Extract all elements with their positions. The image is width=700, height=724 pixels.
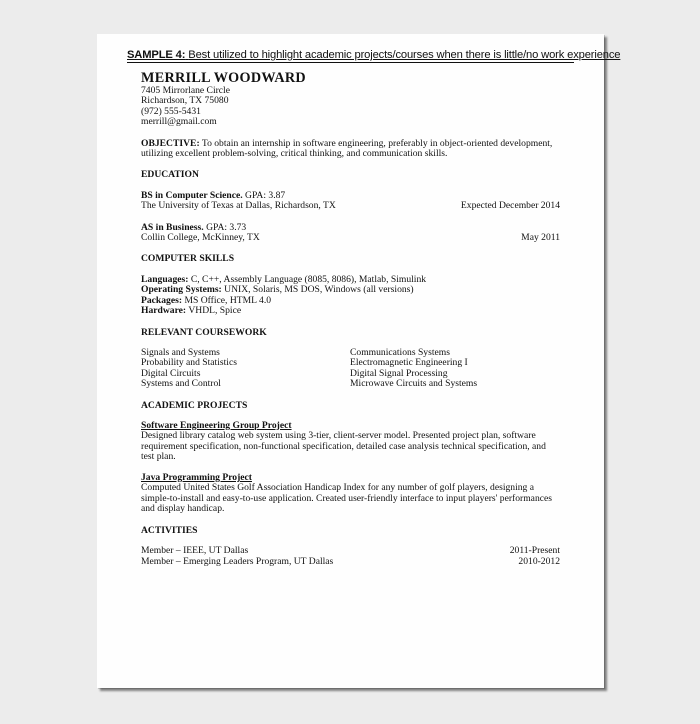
degree: AS in Business. [141,222,204,233]
sample-description: Best utilized to highlight academic proj… [188,49,620,61]
activity-date: 2011-Present [510,546,560,556]
resume-body: MERRILL WOODWARD 7405 Mirrorlane Circle … [141,71,560,567]
activity-date: 2010-2012 [518,557,560,567]
course-item: Systems and Control [141,379,350,389]
education-date: May 2011 [521,233,560,243]
skill-label: Hardware: [141,305,186,316]
skill-hardware: Hardware: VHDL, Spice [141,306,560,316]
skills-list: Languages: C, C++, Assembly Language (80… [141,275,560,317]
education-entry: BS in Computer Science. GPA: 3.87 The Un… [141,191,560,212]
activity-item: Member – IEEE, UT Dallas 2011-Present [141,546,560,556]
project-item: Java Programming Project Computed United… [141,473,560,515]
email: merrill@gmail.com [141,117,560,127]
gpa: GPA: 3.73 [206,222,246,233]
activity-item: Member – Emerging Leaders Program, UT Da… [141,557,560,567]
skill-label: Languages: [141,274,188,285]
skill-value: VHDL, Spice [188,305,241,316]
coursework-list: Signals and Systems Communications Syste… [141,348,560,390]
school: Collin College, McKinney, TX [141,233,260,243]
objective: OBJECTIVE: To obtain an internship in so… [141,139,560,160]
candidate-name: MERRILL WOODWARD [141,71,560,86]
project-item: Software Engineering Group Project Desig… [141,421,560,463]
skill-label: Packages: [141,295,182,306]
objective-text: To obtain an internship in software engi… [141,138,552,159]
resume-page: SAMPLE 4: Best utilized to highlight aca… [97,34,604,688]
project-description: Computed United States Golf Association … [141,483,560,514]
skill-value: C, C++, Assembly Language (8085, 8086), … [191,274,426,285]
contact-block: MERRILL WOODWARD 7405 Mirrorlane Circle … [141,71,560,128]
skill-value: UNIX, Solaris, MS DOS, Windows (all vers… [224,284,413,295]
sample-label: SAMPLE 4: [127,49,185,61]
education-entry: AS in Business. GPA: 3.73 Collin College… [141,223,560,244]
skill-value: MS Office, HTML 4.0 [184,295,271,306]
sample-header: SAMPLE 4: Best utilized to highlight aca… [127,49,574,63]
projects-heading: ACADEMIC PROJECTS [141,401,560,411]
degree: BS in Computer Science. [141,190,243,201]
course-item: Microwave Circuits and Systems [350,379,560,389]
activities-list: Member – IEEE, UT Dallas 2011-Present Me… [141,546,560,567]
activities-heading: ACTIVITIES [141,526,560,536]
skills-heading: COMPUTER SKILLS [141,254,560,264]
activity-role: Member – Emerging Leaders Program, UT Da… [141,557,333,567]
school: The University of Texas at Dallas, Richa… [141,201,336,211]
gpa: GPA: 3.87 [245,190,285,201]
project-description: Designed library catalog web system usin… [141,431,560,462]
address-line-2: Richardson, TX 75080 [141,96,560,106]
skill-label: Operating Systems: [141,284,222,295]
coursework-heading: RELEVANT COURSEWORK [141,328,560,338]
education-date: Expected December 2014 [461,201,560,211]
objective-label: OBJECTIVE: [141,138,200,149]
education-heading: EDUCATION [141,170,560,180]
activity-role: Member – IEEE, UT Dallas [141,546,248,556]
